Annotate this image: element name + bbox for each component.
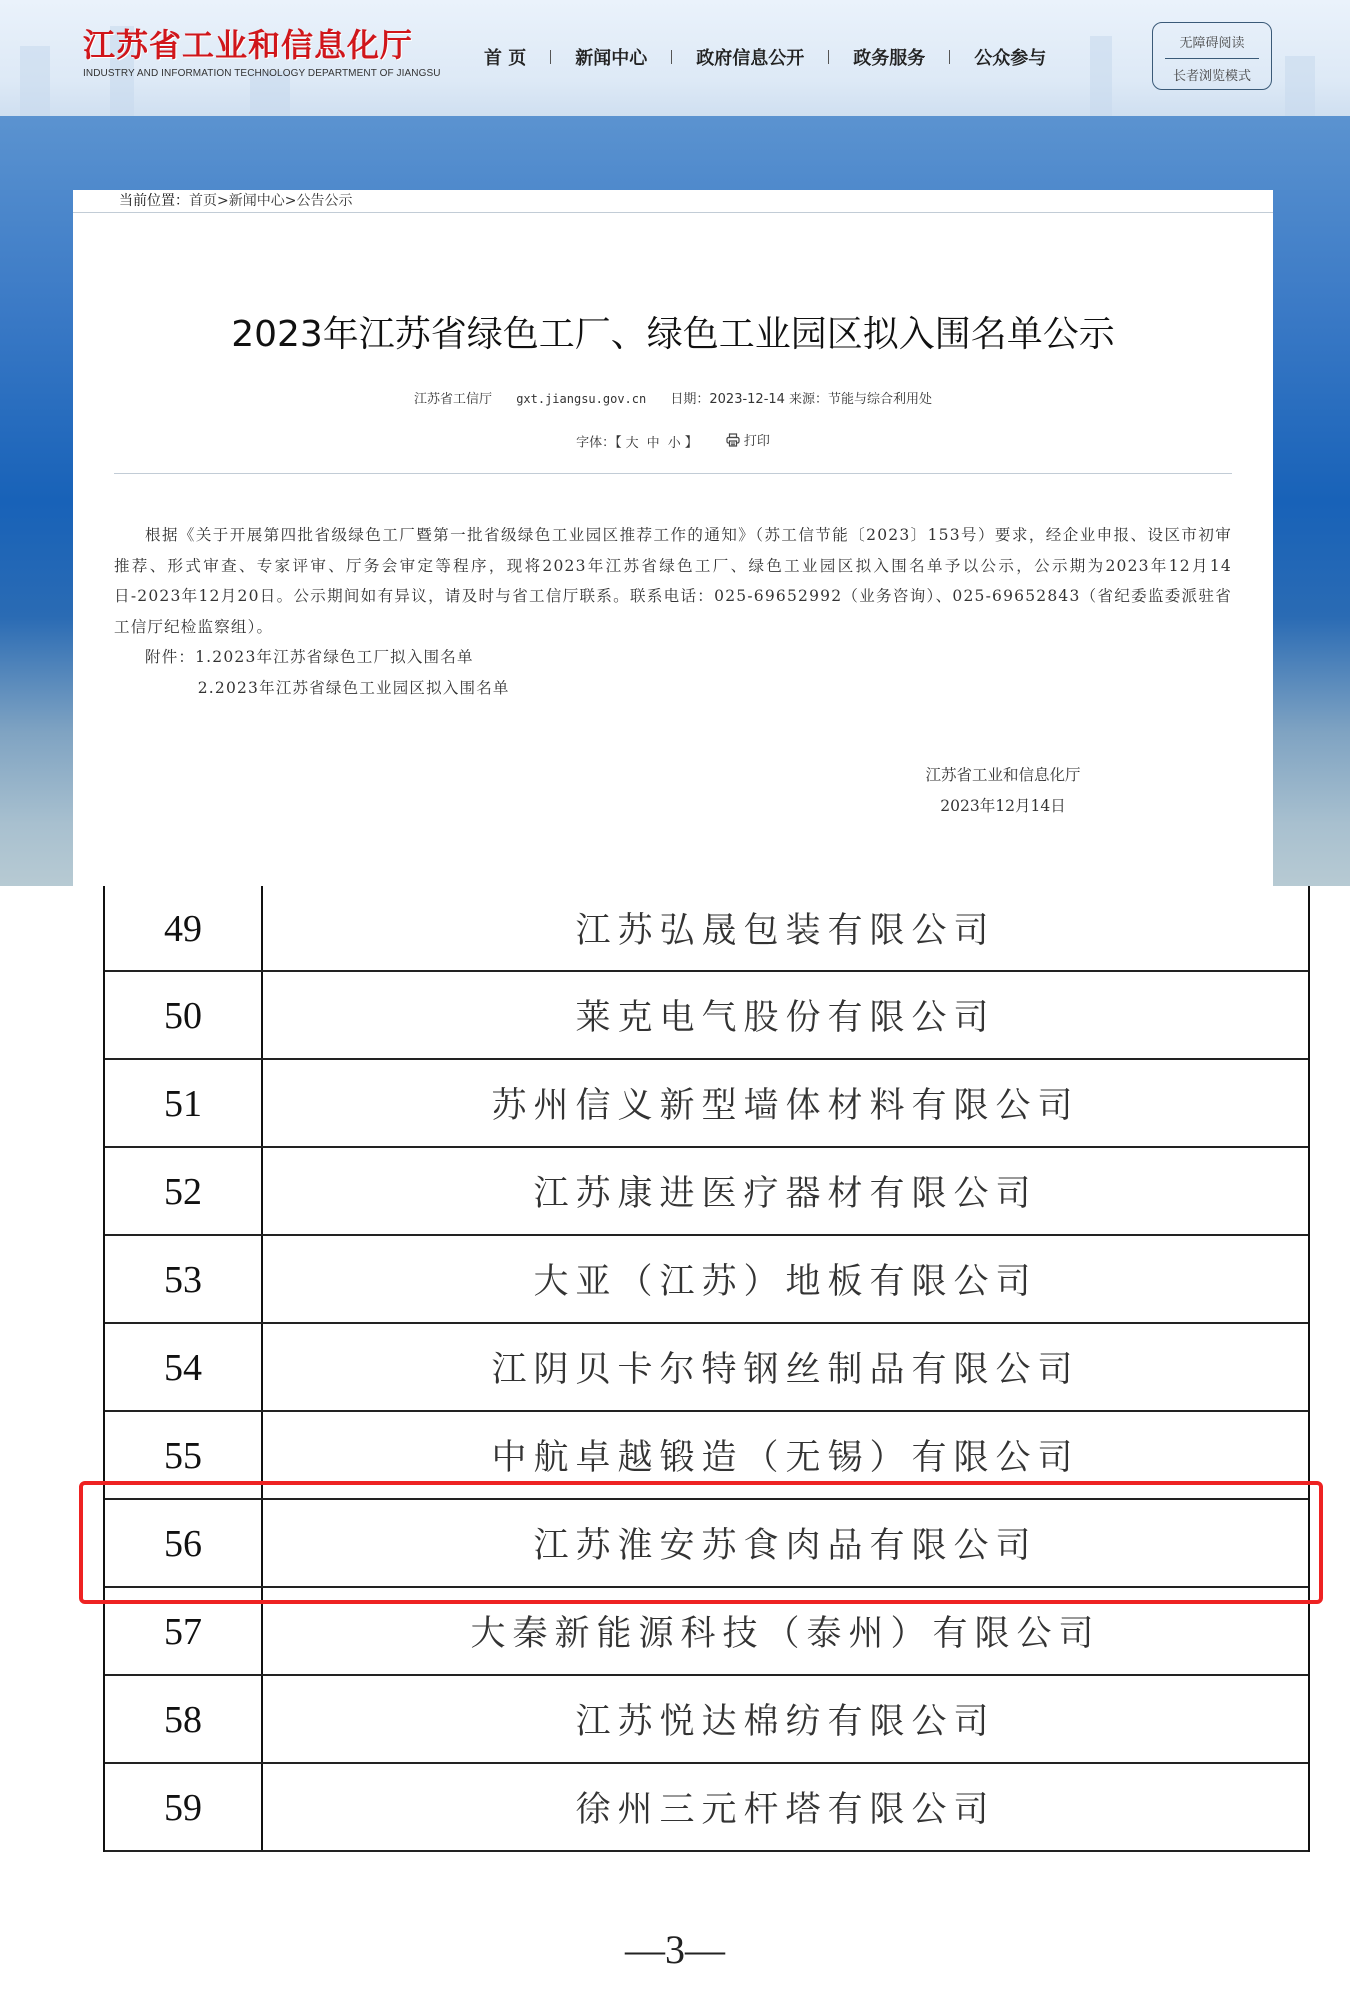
table-row: 59徐州三元杆塔有限公司	[105, 1764, 1308, 1852]
font-small-button[interactable]: 小	[668, 436, 681, 451]
company-name: 中航卓越锻造（无锡）有限公司	[263, 1412, 1308, 1498]
web-page-screenshot: 江苏省工业和信息化厅 INDUSTRY AND INFORMATION TECH…	[0, 0, 1350, 886]
table-row: 58江苏悦达棉纺有限公司	[105, 1676, 1308, 1764]
attachment-link-2[interactable]: 2.2023年江苏省绿色工业园区拟入围名单	[198, 679, 510, 697]
company-name: 江阴贝卡尔特钢丝制品有限公司	[263, 1324, 1308, 1410]
nav-gov-info-disclosure[interactable]: 政府信息公开	[692, 44, 808, 70]
attachment-line: 2.2023年江苏省绿色工业园区拟入围名单	[114, 673, 1232, 704]
bracket: 【	[615, 436, 622, 451]
signature-org: 江苏省工业和信息化厅	[903, 760, 1103, 791]
publisher: 江苏省工信厅	[414, 392, 492, 407]
font-size-label: 字体：	[576, 436, 615, 451]
company-name: 江苏弘晟包装有限公司	[263, 886, 1308, 970]
company-name: 苏州信义新型墙体材料有限公司	[263, 1060, 1308, 1146]
nav-separator	[671, 50, 672, 64]
row-number: 55	[105, 1412, 263, 1498]
skyline-decoration	[1090, 36, 1112, 116]
signature-date: 2023年12月14日	[903, 791, 1103, 822]
row-number: 51	[105, 1060, 263, 1146]
company-name: 徐州三元杆塔有限公司	[263, 1764, 1308, 1850]
divider	[1165, 58, 1259, 59]
accessibility-box: 无障碍阅读 长者浏览模式	[1152, 22, 1272, 90]
row-number: 49	[105, 886, 263, 970]
table-row: 49江苏弘晟包装有限公司	[105, 886, 1308, 972]
printer-icon	[726, 433, 740, 447]
logo-chinese-title: 江苏省工业和信息化厅	[83, 26, 441, 64]
site-domain: gxt.jiangsu.gov.cn	[516, 392, 646, 406]
attachments-label: 附件：	[145, 648, 195, 666]
company-name: 江苏淮安苏食肉品有限公司	[263, 1500, 1308, 1586]
elderly-mode-link[interactable]: 长者浏览模式	[1153, 65, 1271, 84]
main-nav: 首 页 新闻中心 政府信息公开 政务服务 公众参与	[480, 44, 1050, 70]
table-row: 57大秦新能源科技（泰州）有限公司	[105, 1588, 1308, 1676]
print-button[interactable]: 打印	[726, 430, 770, 449]
nav-separator	[828, 50, 829, 64]
company-name: 大亚（江苏）地板有限公司	[263, 1236, 1308, 1322]
row-number: 58	[105, 1676, 263, 1762]
row-number: 56	[105, 1500, 263, 1586]
article-meta: 江苏省工信厅 gxt.jiangsu.gov.cn 日期：2023-12-14来…	[73, 388, 1273, 407]
breadcrumb-label: 当前位置：	[119, 193, 189, 209]
skyline-decoration	[1285, 56, 1315, 116]
table-row: 51苏州信义新型墙体材料有限公司	[105, 1060, 1308, 1148]
publish-date: 日期：2023-12-14	[670, 392, 785, 407]
page-number: —3—	[0, 1926, 1350, 1973]
article-source: 来源：节能与综合利用处	[789, 392, 932, 407]
nav-separator	[550, 50, 551, 64]
row-number: 50	[105, 972, 263, 1058]
row-number: 59	[105, 1764, 263, 1850]
article-title: 2023年江苏省绿色工厂、绿色工业园区拟入围名单公示	[73, 310, 1273, 360]
nav-gov-services[interactable]: 政务服务	[849, 44, 929, 70]
breadcrumb: 当前位置：首页>新闻中心>公告公示	[73, 190, 1273, 213]
breadcrumb-path[interactable]: 首页>新闻中心>公告公示	[189, 193, 352, 209]
site-logo[interactable]: 江苏省工业和信息化厅 INDUSTRY AND INFORMATION TECH…	[83, 26, 441, 79]
attachment-line: 附件：1.2023年江苏省绿色工厂拟入围名单	[114, 642, 1232, 673]
nav-public-participation[interactable]: 公众参与	[970, 44, 1050, 70]
table-row: 53大亚（江苏）地板有限公司	[105, 1236, 1308, 1324]
print-label: 打印	[744, 430, 770, 449]
nav-separator	[949, 50, 950, 64]
row-number: 54	[105, 1324, 263, 1410]
article-paragraph: 根据《关于开展第四批省级绿色工厂暨第一批省级绿色工业园区推荐工作的通知》（苏工信…	[114, 520, 1232, 642]
table-row: 55中航卓越锻造（无锡）有限公司	[105, 1412, 1308, 1500]
barrier-free-reading-link[interactable]: 无障碍阅读	[1153, 32, 1271, 51]
company-name: 大秦新能源科技（泰州）有限公司	[263, 1588, 1308, 1674]
company-name: 江苏康进医疗器材有限公司	[263, 1148, 1308, 1234]
article-body: 根据《关于开展第四批省级绿色工厂暨第一批省级绿色工业园区推荐工作的通知》（苏工信…	[114, 520, 1232, 703]
nav-home[interactable]: 首 页	[480, 44, 530, 70]
company-name: 莱克电气股份有限公司	[263, 972, 1308, 1058]
table-row: 54江阴贝卡尔特钢丝制品有限公司	[105, 1324, 1308, 1412]
nav-news-center[interactable]: 新闻中心	[571, 44, 651, 70]
font-medium-button[interactable]: 中	[647, 436, 660, 451]
font-large-button[interactable]: 大	[626, 436, 639, 451]
bracket: 】	[685, 436, 698, 451]
company-list-table: 49江苏弘晟包装有限公司 50莱克电气股份有限公司 51苏州信义新型墙体材料有限…	[103, 886, 1310, 1852]
table-row-highlighted: 56江苏淮安苏食肉品有限公司	[105, 1500, 1308, 1588]
attachment-link-1[interactable]: 1.2023年江苏省绿色工厂拟入围名单	[195, 648, 474, 666]
font-size-controls: 字体：【大中小】 打印	[73, 430, 1273, 451]
row-number: 57	[105, 1588, 263, 1674]
scanned-list-document: 49江苏弘晟包装有限公司 50莱克电气股份有限公司 51苏州信义新型墙体材料有限…	[0, 886, 1350, 2007]
table-row: 52江苏康进医疗器材有限公司	[105, 1148, 1308, 1236]
article-panel: 当前位置：首页>新闻中心>公告公示 2023年江苏省绿色工厂、绿色工业园区拟入围…	[73, 190, 1273, 886]
company-name: 江苏悦达棉纺有限公司	[263, 1676, 1308, 1762]
site-header: 江苏省工业和信息化厅 INDUSTRY AND INFORMATION TECH…	[0, 0, 1350, 116]
logo-english-title: INDUSTRY AND INFORMATION TECHNOLOGY DEPA…	[83, 68, 441, 79]
skyline-decoration	[20, 46, 50, 116]
row-number: 52	[105, 1148, 263, 1234]
title-divider	[114, 473, 1232, 474]
article-signature: 江苏省工业和信息化厅 2023年12月14日	[903, 760, 1103, 822]
table-row: 50莱克电气股份有限公司	[105, 972, 1308, 1060]
row-number: 53	[105, 1236, 263, 1322]
